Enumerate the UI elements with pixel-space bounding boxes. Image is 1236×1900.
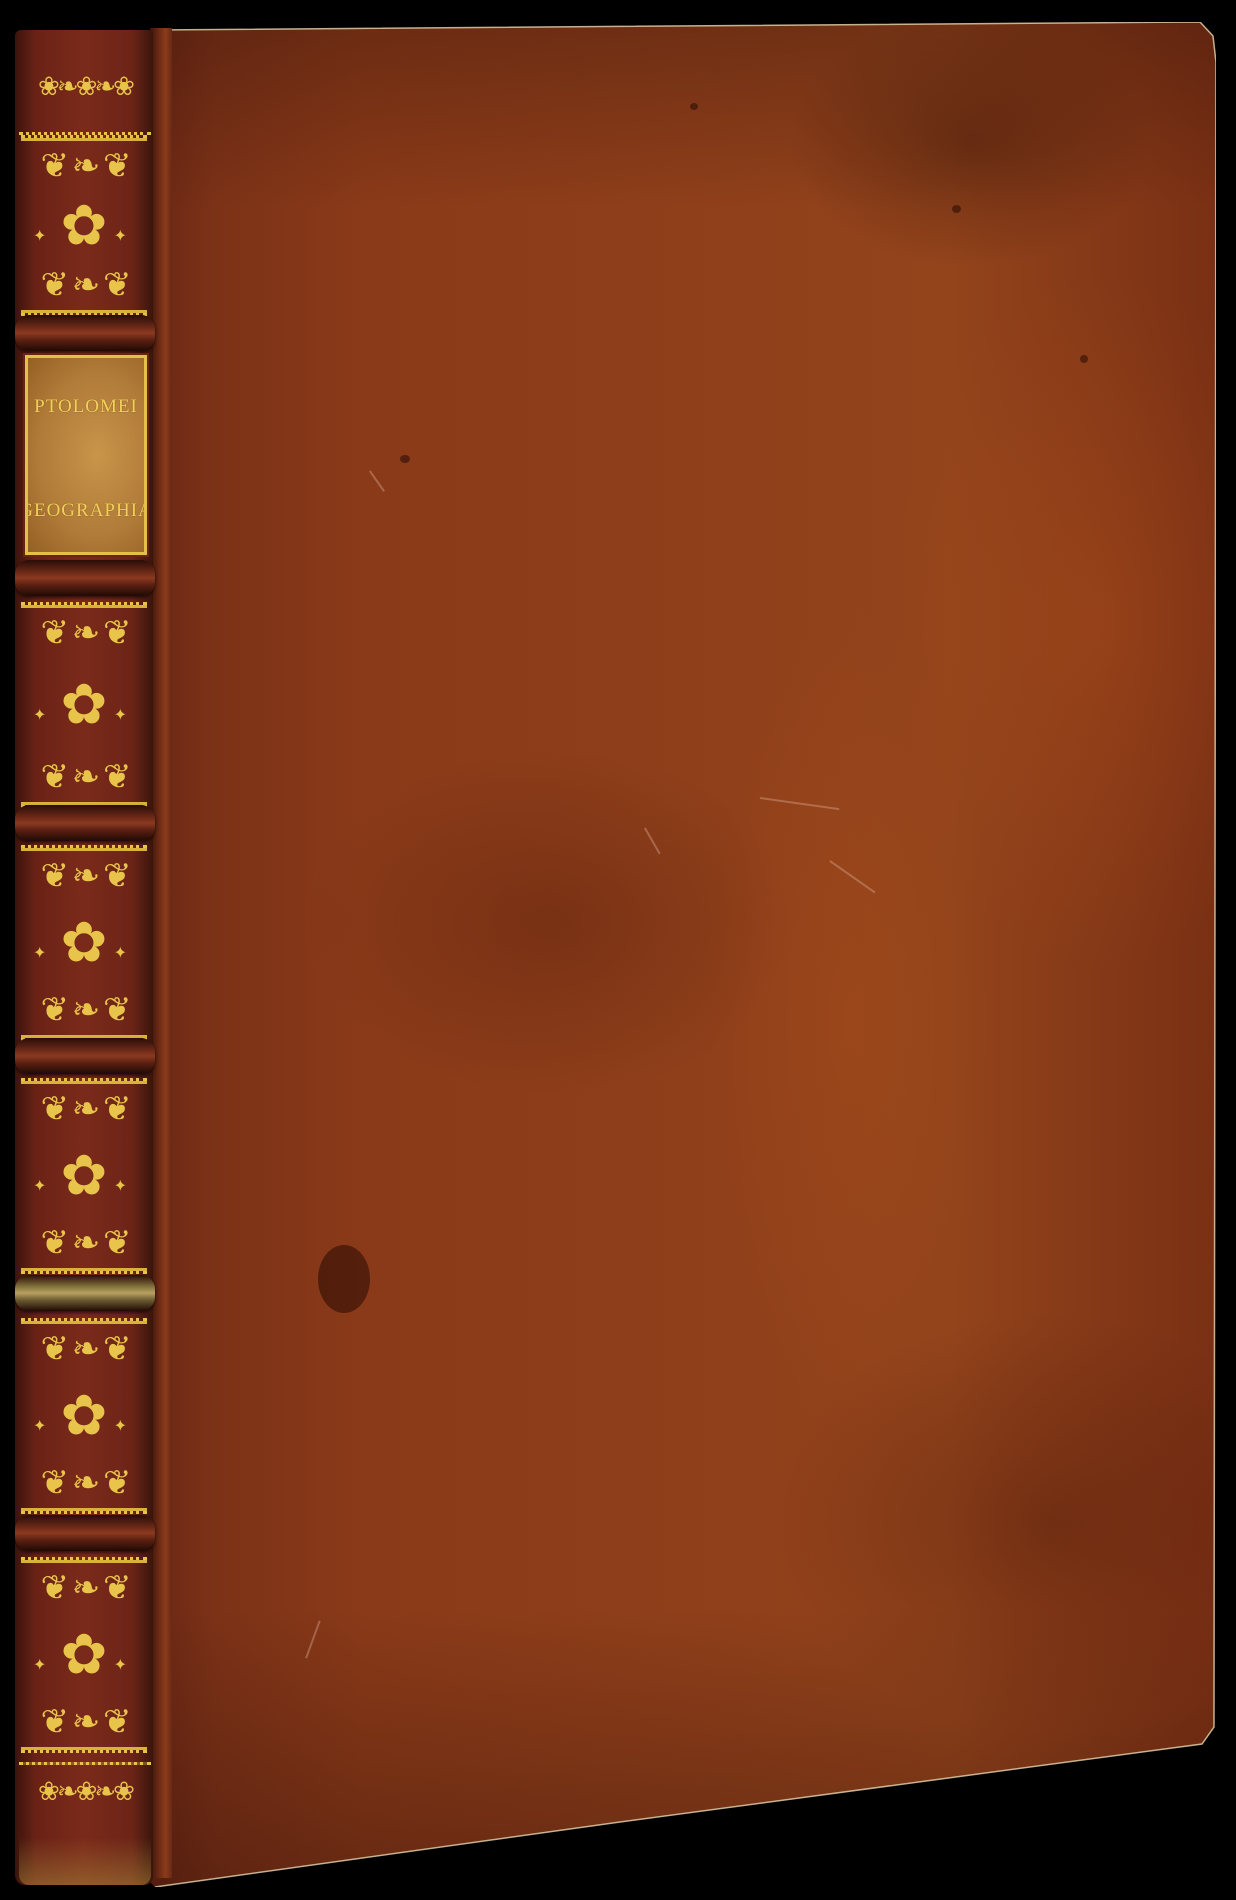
scroll-ornament-icon: ❦ ❧ ❦ <box>21 1329 147 1369</box>
spot-mark <box>690 103 698 110</box>
scroll-ornament-icon: ❦ ❧ ❦ <box>21 265 147 305</box>
spine-title-label: PTOLOMEI GEOGRAPHIA <box>25 355 147 555</box>
star-ornament-icon: ✦ <box>114 1416 127 1436</box>
spine-compartment-5: ❦ ❧ ❦ ✿ ✦ ✦ ❦ ❧ ❦ <box>21 1318 147 1514</box>
star-ornament-icon: ✦ <box>33 226 46 246</box>
spot-mark <box>1080 355 1088 363</box>
star-ornament-icon: ✦ <box>33 705 46 725</box>
front-cover <box>150 22 1216 1887</box>
spot-mark <box>400 455 410 463</box>
scroll-ornament-icon: ❦ ❧ ❦ <box>21 856 147 896</box>
spine-title-line-2: GEOGRAPHIA <box>25 500 147 522</box>
scroll-ornament-icon: ❦ ❧ ❦ <box>21 1568 147 1608</box>
spine-compartment-3: ❦ ❧ ❦ ✿ ✦ ✦ ❦ ❧ ❦ <box>21 845 147 1041</box>
raised-band-1 <box>15 315 155 351</box>
raised-band-4 <box>15 1038 155 1074</box>
scroll-ornament-icon: ❦ ❧ ❦ <box>21 1702 147 1742</box>
star-ornament-icon: ✦ <box>114 226 127 246</box>
book: ❀❧❀❧❀ ❦ ❧ ❦ ✿ ✦ ✦ ❦ ❧ ❦ PTOLOMEI GEOGRAP… <box>0 0 1236 1900</box>
star-ornament-icon: ✦ <box>33 1176 46 1196</box>
spine-tail-decoration: ❀❧❀❧❀ <box>19 1762 151 1885</box>
raised-band-3 <box>15 805 155 841</box>
spine-compartment-2: ❦ ❧ ❦ ✿ ✦ ✦ ❦ ❧ ❦ <box>21 602 147 808</box>
star-ornament-icon: ✦ <box>33 943 46 963</box>
star-ornament-icon: ✦ <box>33 1655 46 1675</box>
spine: ❀❧❀❧❀ ❦ ❧ ❦ ✿ ✦ ✦ ❦ ❧ ❦ PTOLOMEI GEOGRAP… <box>15 30 153 1885</box>
star-ornament-icon: ✦ <box>114 705 127 725</box>
scroll-ornament-icon: ❦ ❧ ❦ <box>21 1463 147 1503</box>
spine-compartment-6: ❦ ❧ ❦ ✿ ✦ ✦ ❦ ❧ ❦ <box>21 1557 147 1753</box>
scroll-ornament-icon: ❦ ❧ ❦ <box>21 990 147 1030</box>
vine-ornament-icon: ❀❧❀❧❀ <box>19 72 151 102</box>
star-ornament-icon: ✦ <box>33 1416 46 1436</box>
raised-band-6 <box>15 1515 155 1551</box>
stain-mark <box>318 1245 370 1313</box>
scroll-ornament-icon: ❦ ❧ ❦ <box>21 146 147 186</box>
scroll-ornament-icon: ❦ ❧ ❦ <box>21 1089 147 1129</box>
raised-band-2 <box>15 560 155 596</box>
star-ornament-icon: ✦ <box>114 1176 127 1196</box>
scroll-ornament-icon: ❦ ❧ ❦ <box>21 613 147 653</box>
cover-hinge <box>150 28 172 1878</box>
spine-compartment-1: ❦ ❧ ❦ ✿ ✦ ✦ ❦ ❧ ❦ <box>21 135 147 316</box>
spine-head-decoration: ❀❧❀❧❀ <box>19 32 151 135</box>
raised-band-5 <box>15 1275 155 1311</box>
spot-mark <box>952 205 961 213</box>
star-ornament-icon: ✦ <box>114 1655 127 1675</box>
vine-ornament-icon: ❀❧❀❧❀ <box>19 1777 151 1807</box>
spine-title-line-1: PTOLOMEI <box>34 396 138 418</box>
spine-compartment-4: ❦ ❧ ❦ ✿ ✦ ✦ ❦ ❧ ❦ <box>21 1078 147 1274</box>
scroll-ornament-icon: ❦ ❧ ❦ <box>21 757 147 797</box>
scroll-ornament-icon: ❦ ❧ ❦ <box>21 1223 147 1263</box>
star-ornament-icon: ✦ <box>114 943 127 963</box>
